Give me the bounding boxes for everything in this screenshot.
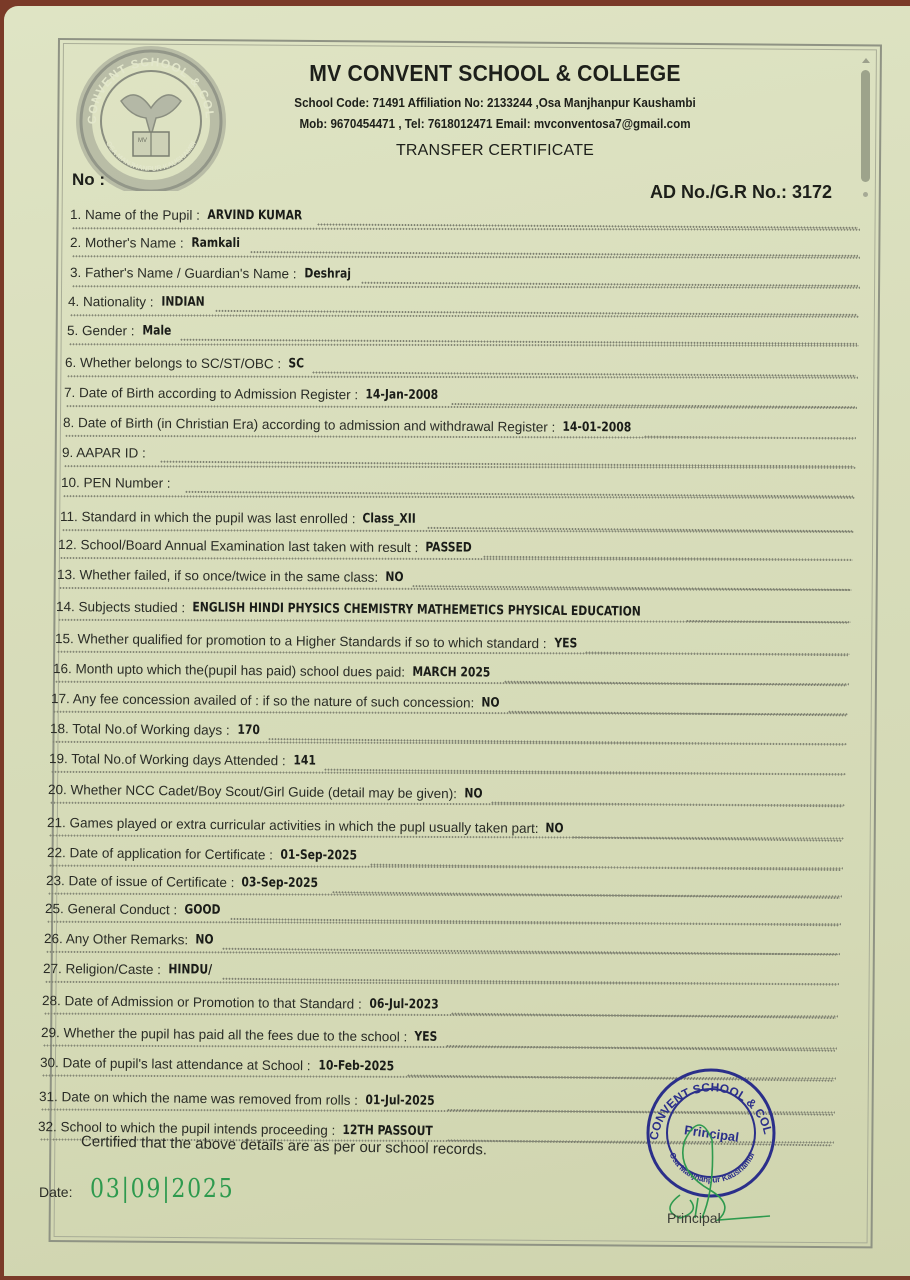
field-value: NO <box>538 821 569 836</box>
field-value: INDIAN <box>154 295 210 310</box>
school-name: MV CONVENT SCHOOL & COLLEGE <box>260 60 729 87</box>
field-label: 6. Whether belongs to SC/ST/OBC : <box>65 355 281 371</box>
field-row: 9. AAPAR ID : <box>62 436 854 466</box>
date-label: Date: <box>39 1184 72 1200</box>
field-value: Male <box>135 323 177 338</box>
field-value: Deshraj <box>296 266 356 281</box>
scroll-down-arrow[interactable] <box>863 192 868 197</box>
field-value: GOOD <box>177 902 226 918</box>
field-value: 01-Sep-2025 <box>273 848 363 864</box>
field-label: 26. Any Other Remarks: <box>44 931 188 947</box>
principal-label: Principal <box>667 1210 721 1226</box>
scroll-up-arrow[interactable] <box>862 58 870 63</box>
field-row: 3. Father's Name / Guardian's Name :Desh… <box>70 256 858 285</box>
field-row: 2. Mother's Name :Ramkali <box>70 226 858 255</box>
school-contact-line: Mob: 9670454471 , Tel: 7618012471 Email:… <box>258 117 732 131</box>
field-label: 1. Name of the Pupil : <box>70 207 200 223</box>
field-value: 01-Jul-2025 <box>358 1093 440 1109</box>
field-label: 7. Date of Birth according to Admission … <box>64 385 358 402</box>
field-label: 14. Subjects studied : <box>56 599 185 615</box>
school-code-line: School Code: 71491 Affiliation No: 21332… <box>258 96 732 110</box>
field-value: Ramkali <box>184 236 246 251</box>
field-label: 2. Mother's Name : <box>70 235 184 251</box>
field-label: 4. Nationality : <box>68 294 154 310</box>
field-value: NO <box>188 932 219 947</box>
field-label: 23. Date of issue of Certificate : <box>46 873 235 890</box>
field-value: 12TH PASSOUT <box>335 1123 438 1139</box>
field-value: 03-Sep-2025 <box>234 875 324 891</box>
field-row: 1. Name of the Pupil :ARVIND KUMAR <box>70 198 858 227</box>
field-value: Class_XII <box>355 511 421 527</box>
field-value: NO <box>457 786 488 801</box>
field-label: 12. School/Board Annual Examination last… <box>58 537 418 555</box>
field-label: 13. Whether failed, if so once/twice in … <box>57 567 378 585</box>
field-value: HINDU/ <box>161 962 218 978</box>
field-value: 06-Jul-2023 <box>362 997 444 1013</box>
field-value: NO <box>474 695 505 710</box>
field-value: YES <box>547 636 583 651</box>
field-value: ARVIND KUMAR <box>200 208 308 224</box>
field-row: 5. Gender :Male <box>67 314 857 343</box>
field-label: 25. General Conduct : <box>45 901 177 917</box>
field-value: 10-Feb-2025 <box>310 1058 399 1074</box>
admission-number: AD No./G.R No.: 3172 <box>650 182 832 203</box>
scrollbar-thumb[interactable] <box>861 70 870 182</box>
field-value: 170 <box>230 723 265 738</box>
field-value: SC <box>281 356 310 371</box>
field-label: 5. Gender : <box>67 323 135 338</box>
svg-text:MV: MV <box>138 138 147 144</box>
field-label: 10. PEN Number : <box>61 475 171 491</box>
field-label: 3. Father's Name / Guardian's Name : <box>70 265 297 281</box>
certificate-title: TRANSFER CERTIFICATE <box>240 142 750 160</box>
field-row: 6. Whether belongs to SC/ST/OBC :SC <box>65 346 856 375</box>
handwritten-date: 03|09|2025 <box>90 1174 234 1204</box>
field-label: 19. Total No.of Working days Attended : <box>49 751 286 768</box>
field-value: PASSED <box>418 540 477 556</box>
field-value: YES <box>407 1029 443 1044</box>
certificate-header: MV CONVENT SCHOOL & COLLEGE School Code:… <box>240 60 750 160</box>
field-label: 9. AAPAR ID : <box>62 445 146 461</box>
field-label: 18. Total No.of Working days : <box>50 721 230 738</box>
field-value: 14-Jan-2008 <box>358 387 444 403</box>
field-value: 14-01-2008 <box>555 420 637 436</box>
field-label: 11. Standard in which the pupil was last… <box>60 509 356 526</box>
field-row: 4. Nationality :INDIAN <box>68 285 857 314</box>
field-value: 141 <box>286 753 321 768</box>
field-label: 22. Date of application for Certificate … <box>47 845 273 863</box>
field-value: MARCH 2025 <box>405 665 496 681</box>
field-label: 27. Religion/Caste : <box>43 961 161 977</box>
field-value: NO <box>378 570 409 585</box>
certificate-number-label: No : <box>72 170 105 190</box>
